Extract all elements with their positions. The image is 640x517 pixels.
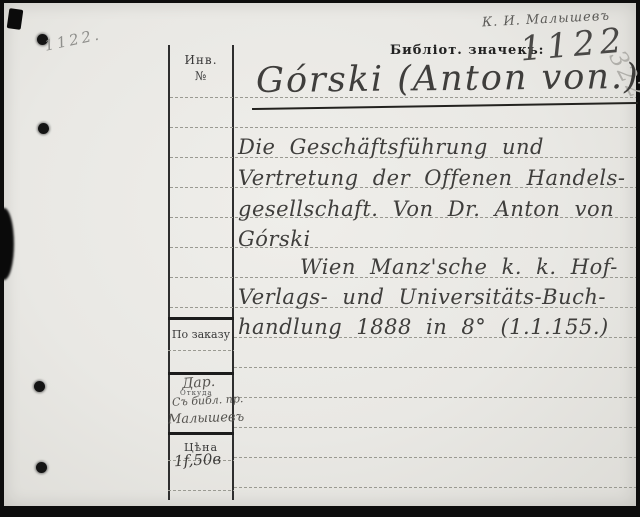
ruled-line <box>234 487 636 488</box>
body-line: Vertretung der Offenen Handels- <box>238 163 625 193</box>
corner-ink-mark <box>7 8 24 30</box>
body-line: handlung 1888 in 8° (1.1.155.) <box>238 312 609 342</box>
ruled-line <box>234 397 636 398</box>
scanned-catalog-card: Инв. № По заказу Цѣна Дар. Откуда Съ биб… <box>0 0 640 517</box>
ruled-line <box>234 427 636 428</box>
author-heading: Górski (Anton von.) <box>256 57 640 101</box>
punch-hole <box>38 123 49 134</box>
body-line: Górski <box>238 224 311 254</box>
punch-hole <box>34 381 45 392</box>
order-label: По заказу <box>170 328 232 341</box>
pencil-accession-number: 1122. <box>43 25 103 55</box>
inventory-number-sign: № <box>170 69 232 83</box>
ruled-line <box>168 350 234 351</box>
divider <box>168 317 234 320</box>
scan-edge-blob <box>0 208 14 280</box>
ruled-line <box>234 367 636 368</box>
body-line: Verlags- und Universitäts-Buch- <box>238 282 606 312</box>
ruled-line <box>234 457 636 458</box>
heading-underline <box>252 102 638 110</box>
punch-hole <box>36 462 47 473</box>
ruled-line <box>168 490 234 491</box>
card-paper: Инв. № По заказу Цѣна Дар. Откуда Съ биб… <box>4 3 636 506</box>
ruled-line <box>170 127 636 128</box>
inventory-label: Инв. <box>170 53 232 67</box>
body-line: gesellschaft. Von Dr. Anton von <box>238 194 614 224</box>
provenance-signature: Малышевъ <box>168 410 245 428</box>
divider <box>168 432 234 435</box>
body-line: Die Geschäftsführung und <box>238 132 544 162</box>
body-line: Wien Manz'sche k. k. Hof- <box>300 252 618 282</box>
price-value: 1f,50в <box>174 450 222 470</box>
